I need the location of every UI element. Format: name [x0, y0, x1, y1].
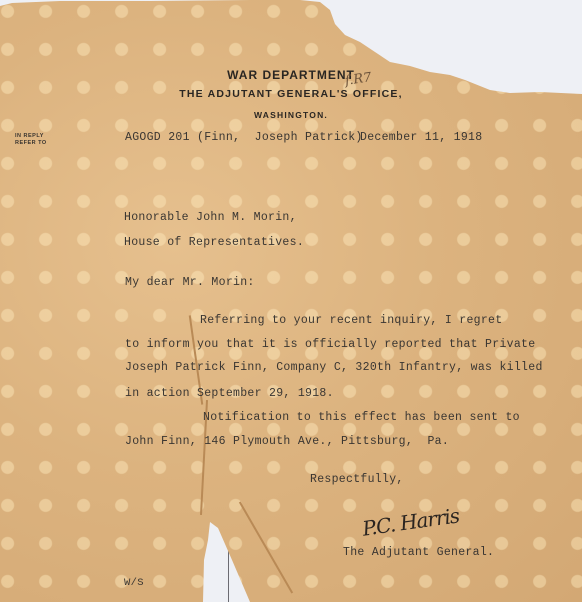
typist-initials: W/S — [124, 577, 144, 589]
letter-date: December 11, 1918 — [360, 131, 482, 144]
letterhead-department: WAR DEPARTMENT — [0, 68, 582, 82]
closing: Respectfully, — [310, 473, 404, 486]
salutation: My dear Mr. Morin: — [125, 276, 255, 289]
reply-reference-note: IN REPLY REFER TO — [15, 133, 47, 147]
body-line: John Finn, 146 Plymouth Ave., Pittsburg,… — [125, 435, 449, 448]
letterhead-city: WASHINGTON. — [0, 110, 582, 120]
body-line: Joseph Patrick Finn, Company C, 320th In… — [125, 361, 543, 374]
file-reference: AGOGD 201 (Finn, Joseph Patrick) — [125, 131, 363, 144]
signer-title: The Adjutant General. — [343, 546, 494, 559]
body-line: Notification to this effect has been sen… — [203, 411, 520, 424]
recipient-name: Honorable John M. Morin, — [124, 211, 297, 224]
body-line: to inform you that it is officially repo… — [125, 338, 535, 351]
letterhead-office: THE ADJUTANT GENERAL'S OFFICE, — [0, 88, 582, 100]
body-line: in action September 29, 1918. — [125, 387, 334, 400]
recipient-organization: House of Representatives. — [124, 236, 304, 249]
body-line: Referring to your recent inquiry, I regr… — [200, 314, 502, 327]
reply-note-line: REFER TO — [15, 140, 47, 147]
reply-note-line: IN REPLY — [15, 133, 47, 140]
